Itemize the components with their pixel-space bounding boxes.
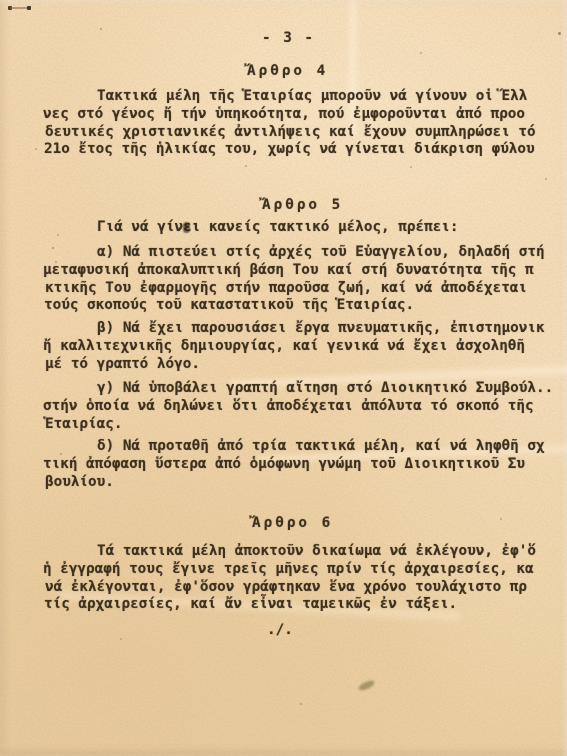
text-line: α) Νά πιστεύει στίς ἀρχές τοῦ Εὐαγγελίου… xyxy=(97,244,545,262)
paper-speck xyxy=(300,703,302,705)
paper-speck xyxy=(100,28,102,30)
text-line: νά ἐκλέγονται, ἐφ'ὅσον γράφτηκαν ἕνα χρό… xyxy=(45,579,536,597)
text-line: στήν ὁποία νά δηλώνει ὅτι ἀποδέχεται ἀπό… xyxy=(43,398,553,416)
end-of-page-mark: ./. xyxy=(267,622,293,640)
text-line: Ἑταιρίας. xyxy=(45,416,553,434)
page-number: - 3 - xyxy=(262,30,315,48)
text-line: βουλίου. xyxy=(45,474,545,492)
article-5-item-a: α) Νά πιστεύει στίς ἀρχές τοῦ Εὐαγγελίου… xyxy=(45,244,545,315)
text-line: μέ τό γραπτό λόγο. xyxy=(45,356,545,374)
text-line: νες στό γένος ἤ τήν ὑπηκοότητα, πού ἐμφο… xyxy=(43,106,536,124)
text-line: μεταφυσική ἀποκαλυπτική βάση Του καί στή… xyxy=(43,262,545,280)
article-6-paragraph: Τά τακτικά μέλη ἀποκτοῦν δικαίωμα νά ἐκλ… xyxy=(45,543,536,614)
text-line: τούς σκοπούς τοῦ καταστατικοῦ τῆς Ἑταιρί… xyxy=(44,297,545,315)
paper-speck xyxy=(500,518,502,520)
article-4-heading: Ἄρθρο 4 xyxy=(247,63,328,81)
article-5-item-c: γ) Νά ὑποβάλει γραπτή αἴτηση στό Διοικητ… xyxy=(45,380,553,433)
text-line: τίς ἀρχαιρεσίες, καί ἄν εἶναι ταμεικῶς ἐ… xyxy=(44,596,536,614)
text-line: τική ἀπόφαση ὕστερα ἀπό ὁμόφωνη γνώμη το… xyxy=(43,456,545,474)
text-line: β) Νά ἔχει παρουσιάσει ἔργα πνευματικῆς,… xyxy=(97,320,545,338)
paper-speck xyxy=(558,32,561,35)
paper-speck xyxy=(420,52,422,54)
scanned-document-page: - 3 - Ἄρθρο 4 Τακτικά μέλη τῆς Ἑταιρίας … xyxy=(0,0,567,756)
staple-bar xyxy=(10,7,28,9)
text-line: ἡ ἐγγραφή τους ἔγινε τρεῖς μῆνες πρίν τί… xyxy=(43,561,536,579)
text-line: δευτικές χριστιανικές ἀντιλήψεις καί ἔχο… xyxy=(45,124,536,142)
paper-speck xyxy=(120,638,122,640)
text-line: 21ο ἔτος τῆς ἡλικίας του, χωρίς νά γίνετ… xyxy=(44,141,536,159)
paper-speck xyxy=(545,178,547,180)
overtype-blot xyxy=(183,222,190,233)
text-line: γ) Νά ὑποβάλει γραπτή αἴτηση στό Διοικητ… xyxy=(97,380,553,398)
text-line: κτικῆς Του ἐφαρμογῆς στήν παροῦσα ζωή, κ… xyxy=(45,280,545,298)
article-5-intro: Γιά νά γίνει κανείς τακτικό μέλος, πρέπε… xyxy=(45,219,459,237)
text-line: ἤ καλλιτεχνικῆς δημιουργίας, καί γενικά … xyxy=(43,338,545,356)
text-line: Τακτικά μέλη τῆς Ἑταιρίας μποροῦν νά γίν… xyxy=(97,88,536,106)
article-4-paragraph: Τακτικά μέλη τῆς Ἑταιρίας μποροῦν νά γίν… xyxy=(45,88,536,159)
paper-speck xyxy=(410,166,412,168)
article-5-item-d: δ) Νά προταθῆ ἀπό τρία τακτικά μέλη, καί… xyxy=(45,438,545,491)
staple-dot xyxy=(27,6,31,10)
staple-mark xyxy=(8,5,32,11)
text-line: δ) Νά προταθῆ ἀπό τρία τακτικά μέλη, καί… xyxy=(97,438,545,456)
paper-speck xyxy=(35,148,37,150)
article-5-item-b: β) Νά ἔχει παρουσιάσει ἔργα πνευματικῆς,… xyxy=(45,320,545,373)
paper-speck xyxy=(245,165,247,167)
text-line: Τά τακτικά μέλη ἀποκτοῦν δικαίωμα νά ἐκλ… xyxy=(97,543,536,561)
text-line: Γιά νά γίνει κανείς τακτικό μέλος, πρέπε… xyxy=(97,219,459,237)
article-6-heading: Ἄρθρο 6 xyxy=(252,515,333,533)
article-5-heading: Ἄρθρο 5 xyxy=(262,197,343,215)
ink-smudge xyxy=(357,679,375,693)
